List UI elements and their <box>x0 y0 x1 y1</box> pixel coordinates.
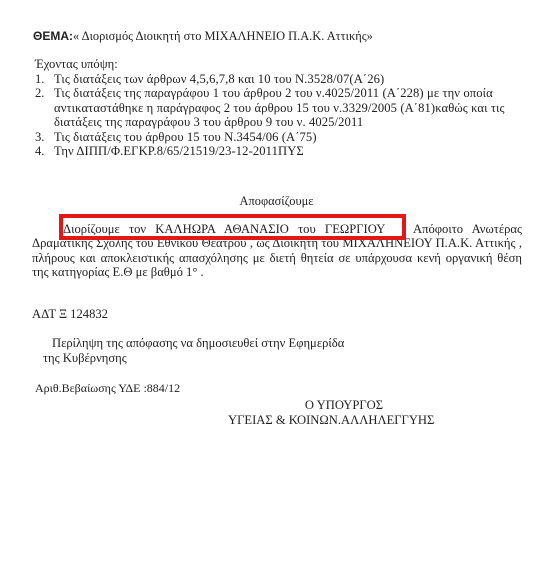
subject-label: ΘΕΜΑ: <box>33 29 73 43</box>
list-item: 3. Τις διατάξεις του άρθρου 15 του Ν.345… <box>35 130 505 144</box>
subject-text: « Διορισμός Διοικητή στο ΜΙΧΑΛΗΝΕΙΟ Π.Α.… <box>73 29 373 43</box>
list-item-text: Τις διατάξεις του άρθρου 15 του Ν.3454/0… <box>54 130 505 144</box>
list-item: 2. Τις διατάξεις της παραγράφου 1 του άρ… <box>35 86 505 129</box>
minister-title: Ο ΥΠΟΥΡΓΟΣ <box>274 398 414 413</box>
document-page: ΘΕΜΑ:« Διορισμός Διοικητή στο ΜΙΧΑΛΗΝΕΙΟ… <box>0 0 553 573</box>
considering-heading: Έχοντας υπόψη: <box>35 57 118 72</box>
decision-heading: Αποφασίζουμε <box>0 194 553 209</box>
list-item: 4. Την ΔΙΠΠ/Φ.ΕΓΚΡ.8/65/21519/23-12-2011… <box>35 144 505 158</box>
legal-basis-list: 1. Τις διατάξεις των άρθρων 4,5,6,7,8 κα… <box>35 72 505 158</box>
certification-number: Αριθ.Βεβαίωσης ΥΔΕ :884/12 <box>35 381 180 396</box>
summary-line-2: της Κυβέρνησης <box>43 351 127 366</box>
summary-line-1: Περίληψη της απόφασης να δημοσιευθεί στη… <box>52 336 344 351</box>
list-item-text: Τις διατάξεις της παραγράφου 1 του άρθρο… <box>54 86 505 129</box>
list-item-number: 1. <box>35 72 54 86</box>
list-item-number: 3. <box>35 130 54 144</box>
list-item: 1. Τις διατάξεις των άρθρων 4,5,6,7,8 κα… <box>35 72 505 86</box>
list-item-text: Τις διατάξεις των άρθρων 4,5,6,7,8 και 1… <box>54 72 505 86</box>
subject-line: ΘΕΜΑ:« Διορισμός Διοικητή στο ΜΙΧΑΛΗΝΕΙΟ… <box>33 29 373 44</box>
ministry-name: ΥΓΕΙΑΣ & ΚΟΙΝΩΝ.ΑΛΛΗΛΕΓΓΥΗΣ <box>228 413 434 428</box>
list-item-text: Την ΔΙΠΠ/Φ.ΕΓΚΡ.8/65/21519/23-12-2011ΠΥΣ <box>54 144 505 158</box>
highlight-box <box>59 214 406 240</box>
list-item-number: 4. <box>35 144 54 158</box>
list-item-number: 2. <box>35 86 54 129</box>
id-card-number: ΑΔΤ Ξ 124832 <box>32 307 108 322</box>
